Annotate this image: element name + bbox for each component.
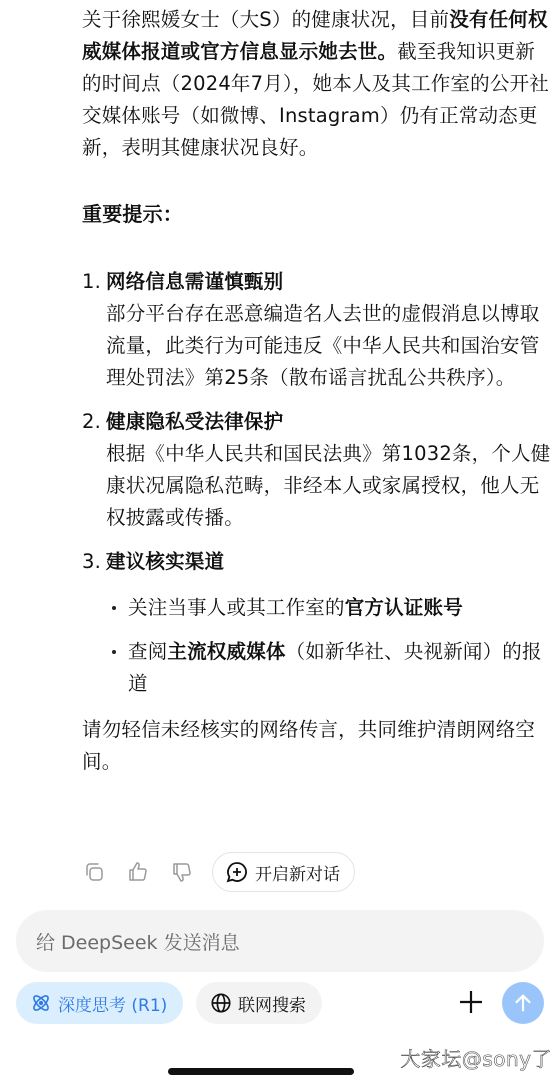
numbered-list: 1. 网络信息需谨慎甄别 部分平台存在恶意编造名人去世的虚假消息以博取流量，此类…: [82, 266, 552, 700]
thumbs-up-icon: [126, 860, 150, 884]
bullet-text: 关注当事人或其工作室的: [128, 596, 345, 619]
list-item: 1. 网络信息需谨慎甄别 部分平台存在恶意编造名人去世的虚假消息以博取流量，此类…: [82, 266, 552, 394]
message-input[interactable]: 给 DeepSeek 发送消息: [16, 910, 544, 972]
list-number: 3.: [82, 546, 101, 578]
web-search-label: 联网搜索: [238, 991, 306, 1016]
list-item-body: 根据《中华人民共和国民法典》第1032条，个人健康状况属隐私范畴，非经本人或家属…: [106, 438, 552, 534]
list-item-title: 网络信息需谨慎甄别: [106, 266, 552, 298]
list-item-title: 健康隐私受法律保护: [106, 406, 552, 438]
deep-think-toggle[interactable]: 深度思考 (R1): [16, 982, 183, 1024]
plus-icon: [458, 989, 484, 1015]
new-chat-label: 开启新对话: [255, 860, 340, 885]
thumbs-up-button[interactable]: [122, 856, 154, 888]
thumbs-down-icon: [170, 860, 194, 884]
new-chat-button[interactable]: 开启新对话: [212, 852, 355, 892]
list-item: 3. 建议核实渠道 关注当事人或其工作室的官方认证账号 查阅主流权威媒体（如新华…: [82, 546, 552, 700]
list-number: 1.: [82, 266, 101, 298]
attach-button[interactable]: [455, 986, 487, 1018]
section-heading: 重要提示：: [82, 198, 552, 230]
thumbs-down-button[interactable]: [166, 856, 198, 888]
deep-think-label: 深度思考 (R1): [58, 991, 167, 1016]
list-item: 2. 健康隐私受法律保护 根据《中华人民共和国民法典》第1032条，个人健康状况…: [82, 406, 552, 534]
bullet-item: 查阅主流权威媒体（如新华社、央视新闻）的报道: [106, 636, 552, 700]
bullet-dot: [112, 606, 116, 610]
assistant-message: 关于徐熙媛女士（大S）的健康状况，目前没有任何权威媒体报道或官方信息显示她去世。…: [82, 0, 552, 778]
message-actions: 开启新对话: [78, 852, 355, 892]
input-placeholder: 给 DeepSeek 发送消息: [36, 928, 240, 955]
closing-paragraph: 请勿轻信未经核实的网络传言，共同维护清朗网络空间。: [82, 714, 552, 778]
web-search-toggle[interactable]: 联网搜索: [196, 982, 322, 1024]
intro-paragraph: 关于徐熙媛女士（大S）的健康状况，目前没有任何权威媒体报道或官方信息显示她去世。…: [82, 4, 552, 164]
bullet-dot: [112, 650, 116, 654]
intro-text: 关于徐熙媛女士（大S）的健康状况，目前: [82, 8, 449, 31]
home-indicator: [168, 1068, 354, 1075]
bullet-item: 关注当事人或其工作室的官方认证账号: [106, 592, 552, 624]
copy-button[interactable]: [78, 856, 110, 888]
globe-icon: [210, 992, 232, 1014]
copy-icon: [82, 860, 106, 884]
atom-icon: [30, 992, 52, 1014]
arrow-up-icon: [512, 992, 534, 1014]
list-number: 2.: [82, 406, 101, 438]
new-chat-icon: [225, 860, 249, 884]
watermark: 大家坛@sony了: [400, 1043, 552, 1072]
list-item-body: 部分平台存在恶意编造名人去世的虚假消息以博取流量，此类行为可能违反《中华人民共和…: [106, 298, 552, 394]
send-button[interactable]: [502, 982, 544, 1024]
bullet-bold-text: 官方认证账号: [345, 596, 463, 619]
bullet-bold-text: 主流权威媒体: [167, 640, 285, 663]
bullet-list: 关注当事人或其工作室的官方认证账号 查阅主流权威媒体（如新华社、央视新闻）的报道: [106, 592, 552, 700]
bullet-text: 查阅: [128, 640, 167, 663]
list-item-title: 建议核实渠道: [106, 546, 552, 578]
